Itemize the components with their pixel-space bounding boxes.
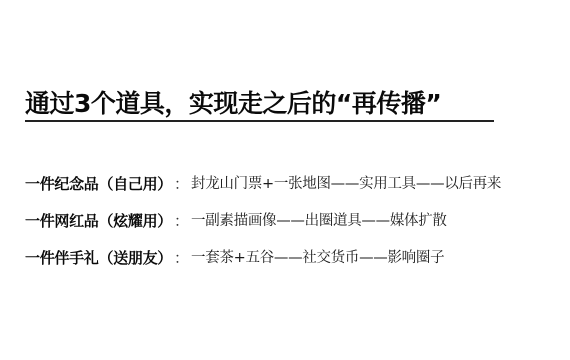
item-description: 封龙山门票+一张地图——实用工具——以后再来 [191, 174, 501, 194]
slide: 通过3个道具，实现走之后的“再传播” 一件纪念品（自己用） ： 封龙山门票+一张… [0, 0, 570, 360]
item-description: 一套茶+五谷——社交货币——影响圈子 [191, 248, 444, 268]
item-separator: ： [174, 174, 189, 194]
slide-title: 通过3个道具，实现走之后的“再传播” [25, 88, 441, 120]
list-item-gift: 一件伴手礼（送朋友） ： 一套茶+五谷——社交货币——影响圈子 [25, 248, 444, 268]
item-separator: ： [174, 248, 189, 268]
item-separator: ： [174, 211, 189, 231]
item-label: 一件纪念品（自己用） [25, 174, 172, 194]
item-label: 一件网红品（炫耀用） [25, 211, 172, 231]
list-item-influencer-product: 一件网红品（炫耀用） ： 一副素描画像——出圈道具——媒体扩散 [25, 211, 447, 231]
item-description: 一副素描画像——出圈道具——媒体扩散 [191, 211, 447, 231]
list-item-souvenir: 一件纪念品（自己用） ： 封龙山门票+一张地图——实用工具——以后再来 [25, 174, 501, 194]
title-underline [25, 120, 494, 122]
item-label: 一件伴手礼（送朋友） [25, 248, 172, 268]
